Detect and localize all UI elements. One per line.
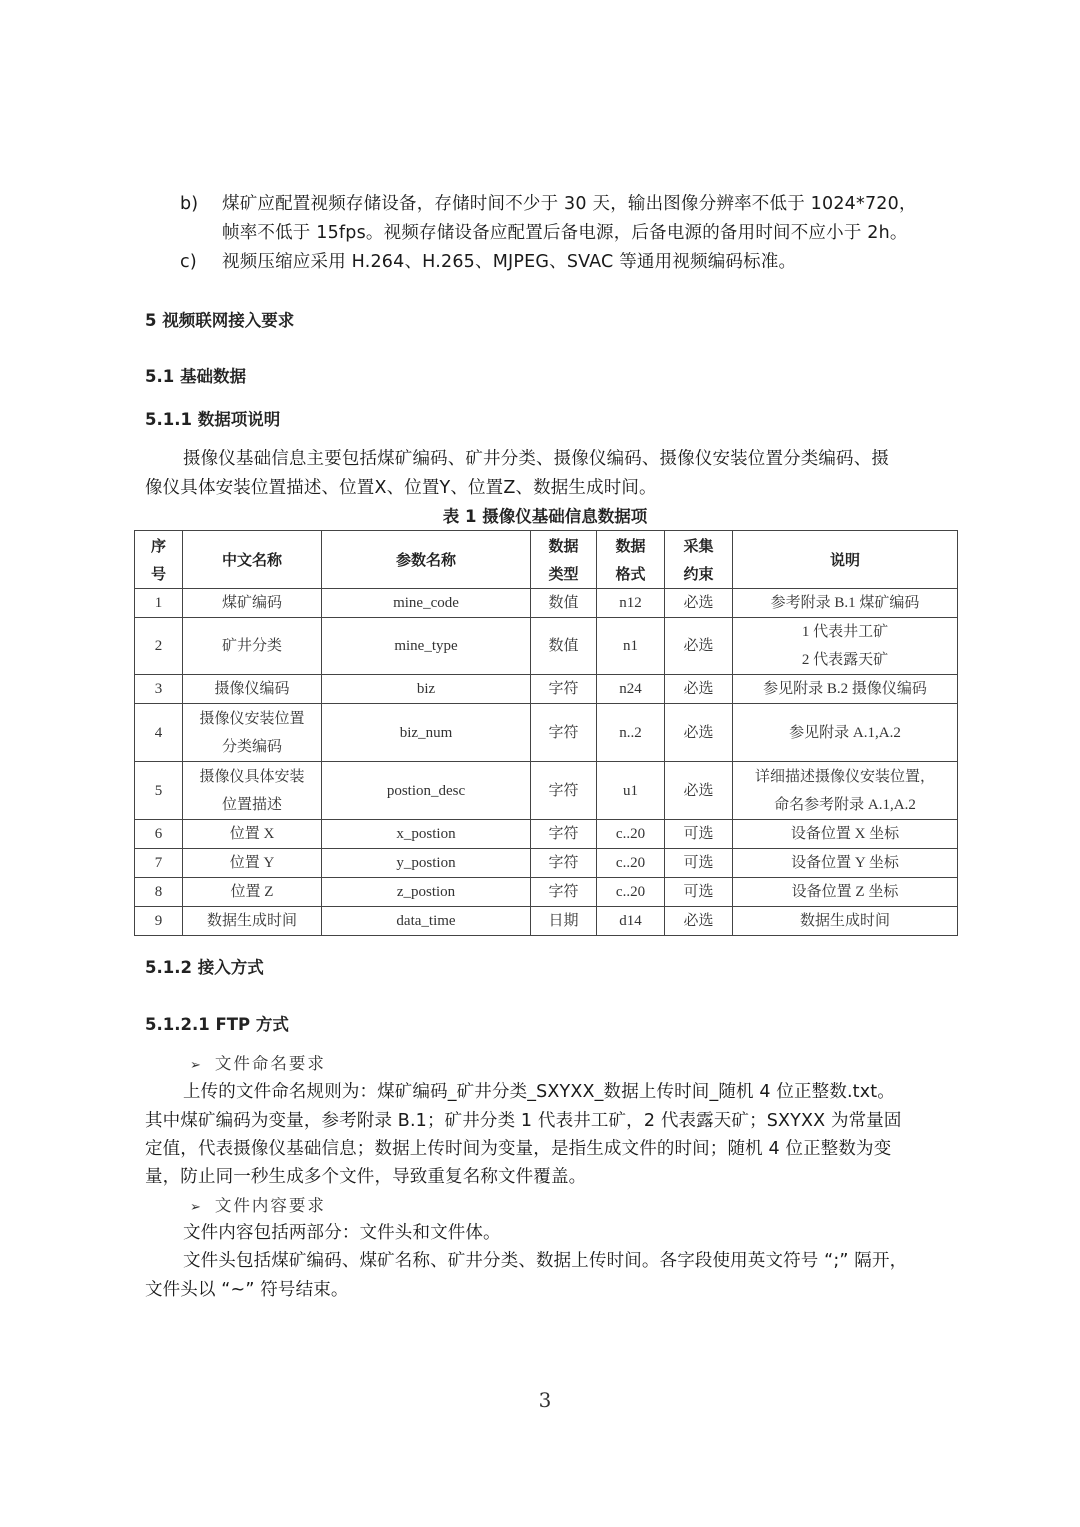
- cell-desc: 参考附录 B.1 煤矿编码: [733, 589, 958, 618]
- arrow-bullet-icon: ➢: [190, 1200, 201, 1215]
- intro-paragraph-line-2: 像仪具体安装位置描述、位置X、位置Y、位置Z、数据生成时间。: [145, 474, 657, 503]
- table-header-row: 序号 中文名称 参数名称 数据类型 数据格式 采集约束 说明: [135, 531, 958, 589]
- cell-type: 日期: [531, 907, 597, 936]
- cell-type: 字符: [531, 820, 597, 849]
- list-item-text: 视频压缩应采用 H.264、H.265、MJPEG、SVAC 等通用视频编码标准…: [222, 247, 796, 277]
- cell-format: n1: [597, 618, 665, 675]
- cell-format: c..20: [597, 849, 665, 878]
- header-seq: 序号: [135, 531, 183, 589]
- intro-paragraph-line-1: 摄像仪基础信息主要包括煤矿编码、矿井分类、摄像仪编码、摄像仪安装位置分类编码、摄: [183, 445, 889, 474]
- cell-desc: 设备位置 Y 坐标: [733, 849, 958, 878]
- cell-cn-name: 矿井分类: [183, 618, 322, 675]
- cell-format: n24: [597, 675, 665, 704]
- cell-cn-name: 位置 Z: [183, 878, 322, 907]
- cell-desc: 参见附录 A.1,A.2: [733, 704, 958, 762]
- cell-seq: 9: [135, 907, 183, 936]
- cell-type: 字符: [531, 762, 597, 820]
- cell-constraint: 必选: [665, 907, 733, 936]
- header-desc: 说明: [733, 531, 958, 589]
- cell-param: data_time: [322, 907, 531, 936]
- cell-type: 数值: [531, 618, 597, 675]
- table-row: 1 煤矿编码 mine_code 数值 n12 必选 参考附录 B.1 煤矿编码: [135, 589, 958, 618]
- content-line-3: 文件头以 “~” 符号结束。: [145, 1276, 349, 1305]
- cell-seq: 7: [135, 849, 183, 878]
- header-param-name: 参数名称: [322, 531, 531, 589]
- cell-desc: 详细描述摄像仪安装位置，命名参考附录 A.1,A.2: [733, 762, 958, 820]
- table-row: 4 摄像仪安装位置分类编码 biz_num 字符 n..2 必选 参见附录 A.…: [135, 704, 958, 762]
- bullet-label: 文件内容要求: [215, 1196, 326, 1215]
- cell-seq: 3: [135, 675, 183, 704]
- cell-constraint: 可选: [665, 820, 733, 849]
- cell-param: z_postion: [322, 878, 531, 907]
- table-row: 3 摄像仪编码 biz 字符 n24 必选 参见附录 B.2 摄像仪编码: [135, 675, 958, 704]
- cell-desc: 设备位置 Z 坐标: [733, 878, 958, 907]
- table-row: 8 位置 Z z_postion 字符 c..20 可选 设备位置 Z 坐标: [135, 878, 958, 907]
- cell-constraint: 必选: [665, 704, 733, 762]
- cell-cn-name: 摄像仪具体安装位置描述: [183, 762, 322, 820]
- bullet-file-content: ➢文件内容要求: [190, 1191, 326, 1222]
- cell-type: 字符: [531, 675, 597, 704]
- table-row: 5 摄像仪具体安装位置描述 postion_desc 字符 u1 必选 详细描述…: [135, 762, 958, 820]
- naming-rule-line-4: 量，防止同一秒生成多个文件，导致重复名称文件覆盖。: [145, 1163, 586, 1192]
- cell-seq: 5: [135, 762, 183, 820]
- cell-param: y_postion: [322, 849, 531, 878]
- cell-constraint: 可选: [665, 878, 733, 907]
- cell-cn-name: 数据生成时间: [183, 907, 322, 936]
- cell-cn-name: 摄像仪编码: [183, 675, 322, 704]
- cell-constraint: 必选: [665, 675, 733, 704]
- cell-param: biz: [322, 675, 531, 704]
- bullet-file-naming: ➢文件命名要求: [190, 1049, 326, 1080]
- content-line-2: 文件头包括煤矿编码、煤矿名称、矿井分类、数据上传时间。各字段使用英文符号 “;”…: [183, 1247, 907, 1276]
- cell-type: 字符: [531, 704, 597, 762]
- list-item-text: 煤矿应配置视频存储设备，存储时间不少于 30 天，输出图像分辨率不低于 1024…: [222, 189, 917, 219]
- cell-constraint: 必选: [665, 762, 733, 820]
- naming-rule-line-2: 其中煤矿编码为变量，参考附录 B.1；矿井分类 1 代表井工矿，2 代表露天矿；…: [145, 1107, 902, 1136]
- content-line-1: 文件内容包括两部分：文件头和文件体。: [183, 1219, 501, 1248]
- list-item-text: 帧率不低于 15fps。视频存储设备应配置后备电源，后备电源的备用时间不应小于 …: [222, 218, 908, 248]
- cell-param: mine_type: [322, 618, 531, 675]
- cell-cn-name: 摄像仪安装位置分类编码: [183, 704, 322, 762]
- cell-seq: 2: [135, 618, 183, 675]
- cell-constraint: 可选: [665, 849, 733, 878]
- table-row: 6 位置 X x_postion 字符 c..20 可选 设备位置 X 坐标: [135, 820, 958, 849]
- header-data-type: 数据类型: [531, 531, 597, 589]
- table-row: 9 数据生成时间 data_time 日期 d14 必选 数据生成时间: [135, 907, 958, 936]
- table-row: 7 位置 Y y_postion 字符 c..20 可选 设备位置 Y 坐标: [135, 849, 958, 878]
- cell-seq: 4: [135, 704, 183, 762]
- cell-cn-name: 位置 Y: [183, 849, 322, 878]
- camera-data-table: 序号 中文名称 参数名称 数据类型 数据格式 采集约束 说明 1 煤矿编码 mi…: [134, 530, 958, 936]
- cell-format: n12: [597, 589, 665, 618]
- cell-type: 数值: [531, 589, 597, 618]
- cell-type: 字符: [531, 849, 597, 878]
- list-marker: b): [180, 189, 198, 219]
- cell-format: d14: [597, 907, 665, 936]
- cell-cn-name: 煤矿编码: [183, 589, 322, 618]
- table-row: 2 矿井分类 mine_type 数值 n1 必选 1 代表井工矿2 代表露天矿: [135, 618, 958, 675]
- cell-param: postion_desc: [322, 762, 531, 820]
- table-caption: 表 1 摄像仪基础信息数据项: [0, 503, 1080, 527]
- heading-section-5-1-2-1: 5.1.2.1 FTP 方式: [145, 1011, 289, 1035]
- cell-format: u1: [597, 762, 665, 820]
- heading-section-5-1-1: 5.1.1 数据项说明: [145, 406, 280, 430]
- cell-param: biz_num: [322, 704, 531, 762]
- naming-rule-line-1: 上传的文件命名规则为：煤矿编码_矿井分类_SXYXX_数据上传时间_随机 4 位…: [183, 1078, 895, 1107]
- header-constraint: 采集约束: [665, 531, 733, 589]
- cell-type: 字符: [531, 878, 597, 907]
- cell-cn-name: 位置 X: [183, 820, 322, 849]
- cell-seq: 8: [135, 878, 183, 907]
- cell-format: c..20: [597, 820, 665, 849]
- cell-format: n..2: [597, 704, 665, 762]
- cell-constraint: 必选: [665, 618, 733, 675]
- page-number: 3: [0, 1388, 1080, 1412]
- naming-rule-line-3: 定值，代表摄像仪基础信息；数据上传时间为变量，是指生成文件的时间；随机 4 位正…: [145, 1135, 891, 1164]
- header-cn-name: 中文名称: [183, 531, 322, 589]
- cell-seq: 6: [135, 820, 183, 849]
- arrow-bullet-icon: ➢: [190, 1058, 201, 1073]
- cell-param: mine_code: [322, 589, 531, 618]
- header-data-format: 数据格式: [597, 531, 665, 589]
- bullet-label: 文件命名要求: [215, 1054, 326, 1073]
- cell-desc: 数据生成时间: [733, 907, 958, 936]
- cell-constraint: 必选: [665, 589, 733, 618]
- cell-desc: 设备位置 X 坐标: [733, 820, 958, 849]
- heading-section-5: 5 视频联网接入要求: [145, 307, 294, 331]
- cell-desc: 参见附录 B.2 摄像仪编码: [733, 675, 958, 704]
- cell-desc: 1 代表井工矿2 代表露天矿: [733, 618, 958, 675]
- heading-section-5-1-2: 5.1.2 接入方式: [145, 954, 264, 978]
- cell-format: c..20: [597, 878, 665, 907]
- list-marker: c): [180, 247, 197, 277]
- cell-seq: 1: [135, 589, 183, 618]
- heading-section-5-1: 5.1 基础数据: [145, 363, 246, 387]
- cell-param: x_postion: [322, 820, 531, 849]
